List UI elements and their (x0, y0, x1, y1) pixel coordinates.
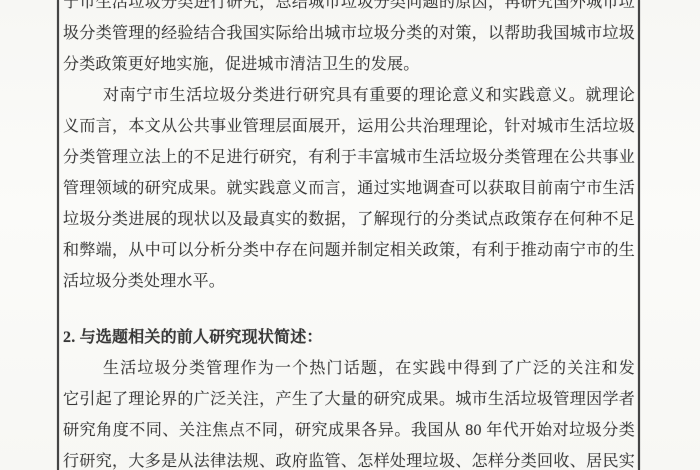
document-page: 宁市生活垃圾分类进行研究，总结城市垃圾分类问题的原因，再研究国外城市垃圾分类管理… (0, 0, 700, 470)
text-line: 生活垃圾分类管理作为一个热门话题，在实践中得到了广泛的关注和发展， (63, 353, 635, 384)
text-line: 垃圾分类进展的现状以及最真实的数据，了解现行的分类试点政策存在何种不足 (63, 204, 635, 235)
document-text: 宁市生活垃圾分类进行研究，总结城市垃圾分类问题的原因，再研究国外城市垃圾分类管理… (63, 0, 635, 470)
table-cell-left-border (57, 0, 59, 470)
text-line: 义而言，本文从公共事业管理层面展开，运用公共治理理论，针对城市生活垃圾 (63, 111, 635, 142)
text-line: 活垃圾分类处理水平。 (63, 266, 635, 297)
text-line: 分类管理立法上的不足进行研究，有利于丰富城市生活垃圾分类管理在公共事业 (63, 142, 635, 173)
table-cell-right-border (638, 0, 640, 470)
text-line: 研究角度不同、关注焦点不同，研究成果各异。我国从 80 年代开始对垃圾分类进 (63, 415, 635, 446)
text-line: 对南宁市生活垃圾分类进行研究具有重要的理论意义和实践意义。就理论意 (63, 80, 635, 111)
text-line: 和弊端，从中可以分析分类中存在问题并制定相关政策，有利于推动南宁市的生 (63, 235, 635, 266)
text-line: 管理领域的研究成果。就实践意义而言，通过实地调查可以获取目前南宁市生活 (63, 173, 635, 204)
section-heading: 2. 与选题相关的前人研究现状简述： (63, 322, 635, 353)
text-line: 分类政策更好地实施，促进城市清洁卫生的发展。 (63, 49, 635, 80)
text-line: 行研究，大多是从法律法规、政府监管、怎样处理垃圾、怎样分类回收、居民实 (63, 446, 635, 470)
text-line: 它引起了理论界的广泛关注，产生了大量的研究成果。城市生活垃圾管理因学者 (63, 384, 635, 415)
text-line: 圾分类管理的经验结合我国实际给出城市垃圾分类的对策，以帮助我国城市垃圾 (63, 18, 635, 49)
blank-line (63, 297, 635, 322)
text-line: 宁市生活垃圾分类进行研究，总结城市垃圾分类问题的原因，再研究国外城市垃 (63, 0, 635, 18)
